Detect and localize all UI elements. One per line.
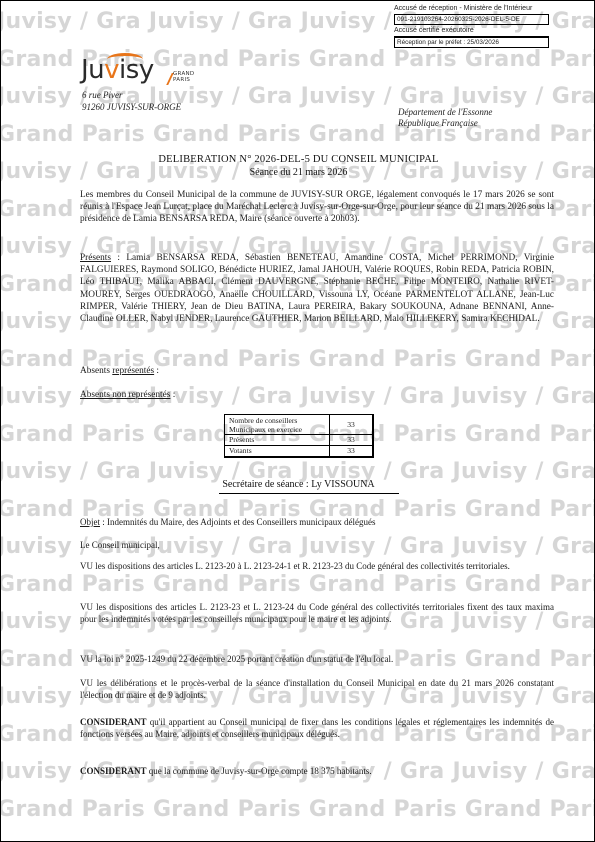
consideration-text: les dispositions des articles L. 2123-23… <box>80 602 554 624</box>
consideration-paragraph: VU les dispositions des articles L. 2123… <box>80 602 554 625</box>
table-row: Présents 33 <box>225 435 374 446</box>
absents-represented-label: représentés <box>112 366 154 376</box>
juvisy-logo: Juvisy GRAND PARIS <box>81 57 154 83</box>
table-row: Nombre de conseillers Municipaux en exer… <box>225 415 374 435</box>
consideration-text: les délibérations et le procès-verbal de… <box>80 678 554 700</box>
session-secretary: Secrétaire de séance : Ly VISSOUNA <box>1 479 595 490</box>
absents-represented: Absents représentés : <box>80 365 554 377</box>
consideration-lead: CONSIDERANT <box>80 717 147 727</box>
department-name: Département de l'Essonne <box>398 107 492 118</box>
logo-text-v: v <box>104 55 119 85</box>
table-cell-label: Votants <box>225 446 330 458</box>
absents-represented-prefix: Absents <box>80 366 112 376</box>
council-line: Le Conseil municipal, <box>80 539 554 551</box>
receipt-stamp: Accusé de réception - Ministère de l'Int… <box>394 3 549 48</box>
presents-sep: : <box>111 253 126 263</box>
absents-not-represented-label: Absents non représentés <box>80 390 170 400</box>
logo-text-right: isy <box>119 55 154 85</box>
consideration-text: qu'il appartient au Conseil municipal de… <box>80 717 554 739</box>
table-cell-value: 33 <box>330 435 374 446</box>
consideration-paragraph: CONSIDERANT qu'il appartient au Conseil … <box>80 717 554 740</box>
secretary-underline <box>219 493 399 494</box>
consideration-paragraph: CONSIDERANT que la commune de Juvisy-sur… <box>80 766 554 778</box>
consideration-lead: VU <box>80 654 93 664</box>
table-cell-label: Présents <box>225 435 330 446</box>
presents-paragraph: Présents : Lamia BENSARSA REDA, Sébastie… <box>80 252 554 325</box>
table-cell-label: Nombre de conseillers Municipaux en exer… <box>225 415 330 435</box>
attendance-table: Nombre de conseillers Municipaux en exer… <box>224 414 374 458</box>
presents-names: Lamia BENSARSA REDA, Sébastien BENETEAU,… <box>80 253 554 324</box>
logo-text-left: Ju <box>81 55 104 85</box>
deliberation-title: DELIBERATION N° 2026-DEL-5 DU CONSEIL MU… <box>1 154 595 165</box>
object-text: Indemnités du Maire, des Adjoints et des… <box>107 517 375 527</box>
consideration-lead: VU <box>80 561 93 571</box>
consideration-lead: CONSIDERANT <box>80 766 147 776</box>
receipt-line-prefect-date: Réception par le préfet : 25/03/2026 <box>394 37 549 48</box>
receipt-line-ministry: Accusé de réception - Ministère de l'Int… <box>394 3 549 14</box>
consideration-text: la loi n° 2025-1249 du 22 décembre 2025 … <box>93 654 393 664</box>
object-label: Objet <box>80 517 100 527</box>
absents-not-represented-sep: : <box>170 390 175 400</box>
consideration-text: que la commune de Juvisy-sur-Orge compte… <box>147 766 372 776</box>
session-date: Séance du 21 mars 2026 <box>1 167 595 178</box>
consideration-paragraph: VU la loi n° 2025-1249 du 22 décembre 20… <box>80 654 554 666</box>
department-block: Département de l'Essonne République Fran… <box>398 107 492 129</box>
presents-label: Présents <box>80 253 111 263</box>
receipt-line-executory: Accusé certifié exécutoire <box>394 25 549 37</box>
object-line: Objet : Indemnités du Maire, des Adjoint… <box>80 516 554 528</box>
consideration-paragraph: VU les dispositions des articles L. 2123… <box>80 561 554 573</box>
consideration-paragraph: VU les délibérations et le procès-verbal… <box>80 678 554 701</box>
logo-wordmark: Juvisy <box>81 57 154 83</box>
city-address: 6 rue Piver 91260 JUVISY-SUR-ORGE <box>82 89 181 113</box>
logo-subtitle: GRAND PARIS <box>173 71 194 83</box>
consideration-text: les dispositions des articles L. 2123-20… <box>93 561 510 571</box>
address-city: 91260 JUVISY-SUR-ORGE <box>82 101 181 113</box>
document-page: Juvisy / Gra Juvisy / Gra Juvisy / Gra J… <box>0 0 595 842</box>
consideration-lead: VU <box>80 678 93 688</box>
republic-name: République Française <box>398 118 492 129</box>
absents-represented-sep: : <box>154 366 159 376</box>
table-row: Votants 33 <box>225 446 374 458</box>
intro-paragraph: Les membres du Conseil Municipal de la c… <box>80 189 554 226</box>
table-cell-value: 33 <box>330 415 374 435</box>
secretary-label: Secrétaire de séance : <box>222 479 308 490</box>
table-cell-value: 33 <box>330 446 374 458</box>
secretary-name: Ly VISSOUNA <box>311 479 374 490</box>
object-sep: : <box>100 517 107 527</box>
logo-sub-paris: PARIS <box>173 77 194 83</box>
consideration-lead: VU <box>80 602 93 612</box>
address-street: 6 rue Piver <box>82 89 181 101</box>
absents-not-represented: Absents non représentés : <box>80 389 554 401</box>
receipt-line-reference: 091-219103264-20260325-2026-DEL-5-DE <box>394 14 549 25</box>
